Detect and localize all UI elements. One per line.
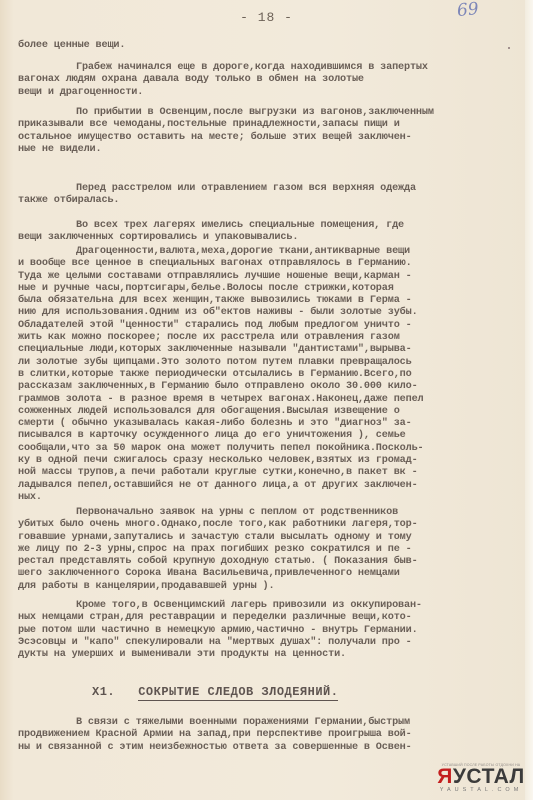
- text-line: для работы в канцелярии,продававшей урны…: [18, 581, 518, 593]
- text-line: вещи и драгоценности.: [18, 87, 518, 99]
- text-line: Драгоценности,валюта,меха,дорогие ткани,…: [18, 246, 518, 258]
- paragraph: По прибытии в Освенцим,после выгрузки из…: [18, 107, 518, 156]
- text-line: Первоначально заявок на урны с пеплом от…: [18, 507, 518, 519]
- text-line: Перед расстрелом или отравлением газом в…: [18, 183, 518, 195]
- text-line: нию для использования.Одним из об"ектов …: [18, 307, 518, 319]
- text-line: Грабеж начинался еще в дороге,когда нахо…: [18, 62, 518, 74]
- section-heading: Х1. СОКРЫТИЕ СЛЕДОВ ЗЛОДЕЯНИЙ.: [92, 685, 338, 699]
- paragraph: Перед расстрелом или отравлением газом в…: [18, 183, 518, 208]
- paragraph: Во всех трех лагерях имелись специальные…: [18, 220, 518, 245]
- text-line: ные не видели.: [18, 144, 518, 156]
- text-line: Туда же целыми составами отправлялись лу…: [18, 271, 518, 283]
- page-edge: [525, 0, 533, 800]
- text-line: В связи с тяжелыми военными поражениями …: [18, 717, 518, 729]
- section-title: СОКРЫТИЕ СЛЕДОВ ЗЛОДЕЯНИЙ.: [138, 685, 338, 701]
- text-line: ны и связанной с этим неизбежностью отве…: [18, 742, 518, 754]
- text-line: жить как можно поскорее; после их расстр…: [18, 332, 518, 344]
- paragraph: Грабеж начинался еще в дороге,когда нахо…: [18, 62, 518, 99]
- text-line: рестал представлять собой крупную доходн…: [18, 556, 518, 568]
- text-line: убитых было очень много.Однако,после тог…: [18, 519, 518, 531]
- text-line: более ценные вещи.: [18, 40, 518, 52]
- text-line: продвижением Красной Армии на запад,при …: [18, 729, 518, 741]
- text-line: ных.: [18, 492, 518, 504]
- text-line: вещи заключенных сортировались и упаковы…: [18, 232, 518, 244]
- page-number: - 18 -: [0, 10, 533, 25]
- text-line: писывался в карточку осужденного лица до…: [18, 430, 518, 442]
- text-line: вагонах людям охрана давала воду только …: [18, 74, 518, 86]
- text-line: и вообще все ценное в специальных вагона…: [18, 258, 518, 270]
- text-line: сообщали,что за 50 марок она может получ…: [18, 443, 518, 455]
- text-line: же лицу по 2-3 урны,спрос на прах погибш…: [18, 544, 518, 556]
- text-line: приказывали все чемоданы,постельные прин…: [18, 119, 518, 131]
- text-line: ные и ручные часы,портсигары,белье.Волос…: [18, 283, 518, 295]
- text-line: рые потом шли частично в немецкую армию,…: [18, 625, 518, 637]
- text-line: была обязательна для всех женщин,также в…: [18, 295, 518, 307]
- paragraph: Кроме того,в Освенцимский лагерь привози…: [18, 600, 518, 661]
- watermark-site: YAUSTAL.COM: [432, 787, 530, 793]
- section-number: Х1.: [92, 685, 115, 699]
- text-line: сожженных людей использовался для обогащ…: [18, 406, 518, 418]
- text-line: По прибытии в Освенцим,после выгрузки из…: [18, 107, 518, 119]
- text-line: ладывался пепел,оставшийся не от данного…: [18, 480, 518, 492]
- text-line: Обладателей этой "ценности" старались по…: [18, 320, 518, 332]
- text-line: также отбиралась.: [18, 195, 518, 207]
- text-line: в слитки,которые также периодически отсы…: [18, 369, 518, 381]
- text-line: смерти ( обычно указывалась какая-либо б…: [18, 418, 518, 430]
- watermark-logo: ЯУСТАЛ: [432, 767, 530, 787]
- text-line: рассказам заключенных,в Германию было от…: [18, 381, 518, 393]
- yaustal-watermark[interactable]: УСТАВШИЙ ПОСЛЕ РАБОТЫ ОТДОХНИ НА ЯУСТАЛ …: [432, 763, 530, 793]
- text-line: Эсэсовцы и "капо" спекулировали на "мерт…: [18, 637, 518, 649]
- text-line: граммов золота - в разное время в четыре…: [18, 394, 518, 406]
- text-line: ли золотые зубы щипцами.Это золото потом…: [18, 357, 518, 369]
- text-line: Во всех трех лагерях имелись специальные…: [18, 220, 518, 232]
- archive-handwritten-number: 69: [456, 0, 480, 21]
- text-line: остальное имущество оставить на месте; б…: [18, 132, 518, 144]
- text-line: говавшие урнами,запутались и зачастую ст…: [18, 532, 518, 544]
- text-line: дукты на умерших и выменивали эти продук…: [18, 649, 518, 661]
- paragraph: более ценные вещи.: [18, 40, 518, 52]
- text-line: ку в одной печи сжигалось сразу нескольк…: [18, 455, 518, 467]
- document-page: - 18 - 69 более ценные вещи.Грабеж начин…: [0, 0, 533, 800]
- text-line: шего заключенного Сорока Ивана Васильеви…: [18, 568, 518, 580]
- text-line: ных немцами стран,для реставрации и пере…: [18, 612, 518, 624]
- text-line: Кроме того,в Освенцимский лагерь привози…: [18, 600, 518, 612]
- text-line: ной массы трупов,а печи работали круглые…: [18, 467, 518, 479]
- final-paragraph: В связи с тяжелыми военными поражениями …: [18, 717, 518, 754]
- text-line: специальные люди,которых заключенные наз…: [18, 344, 518, 356]
- paragraph: Драгоценности,валюта,меха,дорогие ткани,…: [18, 246, 518, 504]
- paragraph: Первоначально заявок на урны с пеплом от…: [18, 507, 518, 593]
